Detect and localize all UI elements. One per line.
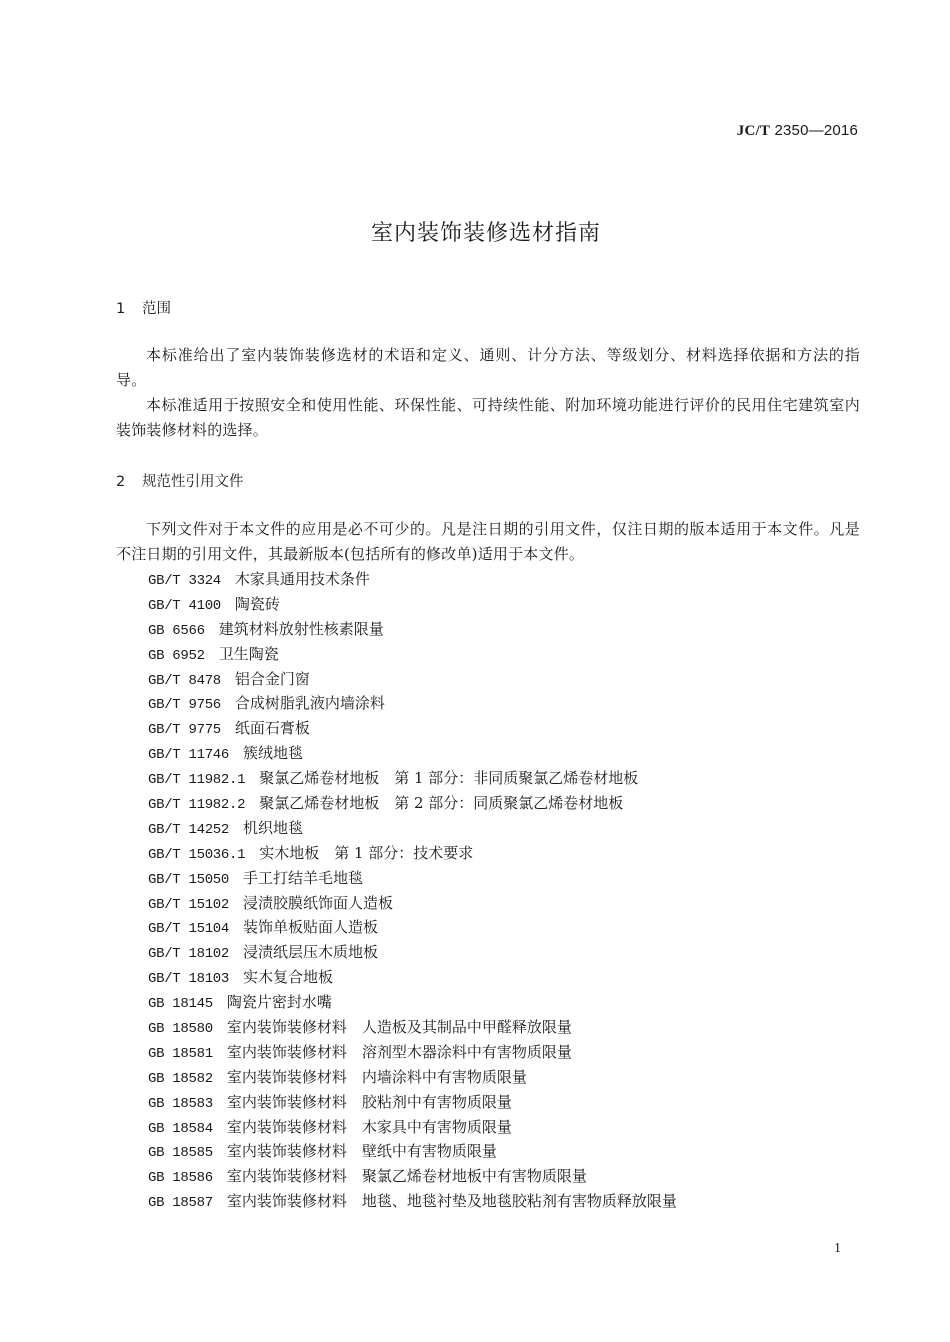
section-number: 2 [116,474,142,490]
page-number: 1 [834,1241,841,1257]
reference-title: 室内装饰装修材料 人造板及其制品中甲醛释放限量 [227,1018,572,1036]
reference-title: 木家具通用技术条件 [235,570,370,588]
reference-item: GB 18587室内装饰装修材料 地毯、地毯衬垫及地毯胶粘剂有害物质释放限量 [148,1189,677,1214]
scope-paragraph-2: 本标准适用于按照安全和使用性能、环保性能、可持续性能、附加环境功能进行评价的民用… [116,393,860,443]
reference-item: GB/T 14252机织地毯 [148,816,677,841]
reference-title: 室内装饰装修材料 内墙涂料中有害物质限量 [227,1068,527,1086]
reference-code: GB 18585 [148,1145,213,1161]
section-heading-normative-references: 2规范性引用文件 [116,470,244,491]
reference-title: 机织地毯 [243,819,303,837]
reference-code: GB/T 3324 [148,573,221,589]
reference-title: 浸渍胶膜纸饰面人造板 [243,894,393,912]
reference-item: GB/T 9756合成树脂乳液内墙涂料 [148,691,677,716]
reference-item: GB 18580室内装饰装修材料 人造板及其制品中甲醛释放限量 [148,1015,677,1040]
reference-title: 簇绒地毯 [243,744,303,762]
reference-item: GB/T 3324木家具通用技术条件 [148,567,677,592]
document-title: 室内装饰装修选材指南 [0,216,950,247]
standard-code: JC/T 2350—2016 [737,122,858,140]
reference-item: GB 6566建筑材料放射性核素限量 [148,617,677,642]
reference-title: 装饰单板贴面人造板 [243,918,378,936]
references-intro-paragraph: 下列文件对于本文件的应用是必不可少的。凡是注日期的引用文件，仅注日期的版本适用于… [116,517,860,567]
reference-title: 合成树脂乳液内墙涂料 [235,694,385,712]
section-number: 1 [116,301,142,317]
reference-title: 浸渍纸层压木质地板 [243,943,378,961]
reference-title: 室内装饰装修材料 聚氯乙烯卷材地板中有害物质限量 [227,1167,587,1185]
reference-code: GB 18586 [148,1170,213,1186]
reference-item: GB 18584室内装饰装修材料 木家具中有害物质限量 [148,1115,677,1140]
reference-item: GB 18581室内装饰装修材料 溶剂型木器涂料中有害物质限量 [148,1040,677,1065]
reference-title: 实木复合地板 [243,968,333,986]
reference-code: GB/T 9756 [148,697,221,713]
reference-item: GB/T 15102浸渍胶膜纸饰面人造板 [148,891,677,916]
reference-code: GB 18584 [148,1121,213,1137]
reference-title: 室内装饰装修材料 溶剂型木器涂料中有害物质限量 [227,1043,572,1061]
reference-title: 手工打结羊毛地毯 [243,869,363,887]
reference-item: GB/T 4100陶瓷砖 [148,592,677,617]
reference-title: 聚氯乙烯卷材地板 第 1 部分：非同质聚氯乙烯卷材地板 [259,769,638,787]
reference-code: GB/T 15104 [148,921,229,937]
reference-item: GB/T 18103实木复合地板 [148,965,677,990]
reference-list: GB/T 3324木家具通用技术条件 GB/T 4100陶瓷砖 GB 6566建… [148,567,677,1214]
reference-title: 聚氯乙烯卷材地板 第 2 部分：同质聚氯乙烯卷材地板 [259,794,623,812]
reference-item: GB/T 11982.1聚氯乙烯卷材地板 第 1 部分：非同质聚氯乙烯卷材地板 [148,766,677,791]
reference-item: GB/T 11746簇绒地毯 [148,741,677,766]
reference-code: GB/T 11982.1 [148,772,245,788]
reference-item: GB 18145陶瓷片密封水嘴 [148,990,677,1015]
reference-item: GB/T 18102浸渍纸层压木质地板 [148,940,677,965]
standard-code-number: 2350—2016 [770,122,858,139]
reference-title: 陶瓷片密封水嘴 [227,993,332,1011]
reference-item: GB 18583室内装饰装修材料 胶粘剂中有害物质限量 [148,1090,677,1115]
reference-code: GB 18145 [148,996,213,1012]
reference-code: GB/T 11982.2 [148,797,245,813]
reference-code: GB 6566 [148,623,205,639]
reference-title: 室内装饰装修材料 木家具中有害物质限量 [227,1118,512,1136]
reference-title: 室内装饰装修材料 胶粘剂中有害物质限量 [227,1093,512,1111]
section-title: 规范性引用文件 [142,474,244,490]
reference-code: GB/T 14252 [148,822,229,838]
reference-item: GB/T 15036.1实木地板 第 1 部分：技术要求 [148,841,677,866]
reference-title: 实木地板 第 1 部分：技术要求 [259,844,473,862]
reference-item: GB 18582室内装饰装修材料 内墙涂料中有害物质限量 [148,1065,677,1090]
reference-code: GB 18580 [148,1021,213,1037]
reference-code: GB 6952 [148,648,205,664]
section-heading-scope: 1范围 [116,297,171,318]
reference-title: 室内装饰装修材料 壁纸中有害物质限量 [227,1142,497,1160]
reference-code: GB 18583 [148,1096,213,1112]
reference-item: GB/T 15050手工打结羊毛地毯 [148,866,677,891]
reference-code: GB/T 18103 [148,971,229,987]
reference-item: GB 18586室内装饰装修材料 聚氯乙烯卷材地板中有害物质限量 [148,1164,677,1189]
reference-code: GB/T 15102 [148,897,229,913]
reference-code: GB/T 9775 [148,722,221,738]
reference-code: GB 18582 [148,1071,213,1087]
reference-code: GB/T 4100 [148,598,221,614]
reference-title: 铝合金门窗 [235,670,310,688]
reference-code: GB/T 18102 [148,946,229,962]
standard-code-prefix: JC/T [737,123,770,139]
scope-paragraph-1: 本标准给出了室内装饰装修选材的术语和定义、通则、计分方法、等级划分、材料选择依据… [116,343,860,393]
reference-item: GB/T 9775纸面石膏板 [148,716,677,741]
reference-title: 卫生陶瓷 [219,645,279,663]
reference-item: GB/T 8478铝合金门窗 [148,667,677,692]
reference-item: GB 6952卫生陶瓷 [148,642,677,667]
reference-code: GB/T 15036.1 [148,847,245,863]
reference-item: GB 18585室内装饰装修材料 壁纸中有害物质限量 [148,1139,677,1164]
reference-title: 陶瓷砖 [235,595,280,613]
reference-code: GB 18581 [148,1046,213,1062]
reference-code: GB 18587 [148,1195,213,1211]
reference-item: GB/T 15104装饰单板贴面人造板 [148,915,677,940]
reference-code: GB/T 11746 [148,747,229,763]
reference-item: GB/T 11982.2聚氯乙烯卷材地板 第 2 部分：同质聚氯乙烯卷材地板 [148,791,677,816]
section-title: 范围 [142,301,171,317]
reference-title: 建筑材料放射性核素限量 [219,620,384,638]
reference-code: GB/T 8478 [148,673,221,689]
reference-title: 纸面石膏板 [235,719,310,737]
reference-code: GB/T 15050 [148,872,229,888]
reference-title: 室内装饰装修材料 地毯、地毯衬垫及地毯胶粘剂有害物质释放限量 [227,1192,677,1210]
